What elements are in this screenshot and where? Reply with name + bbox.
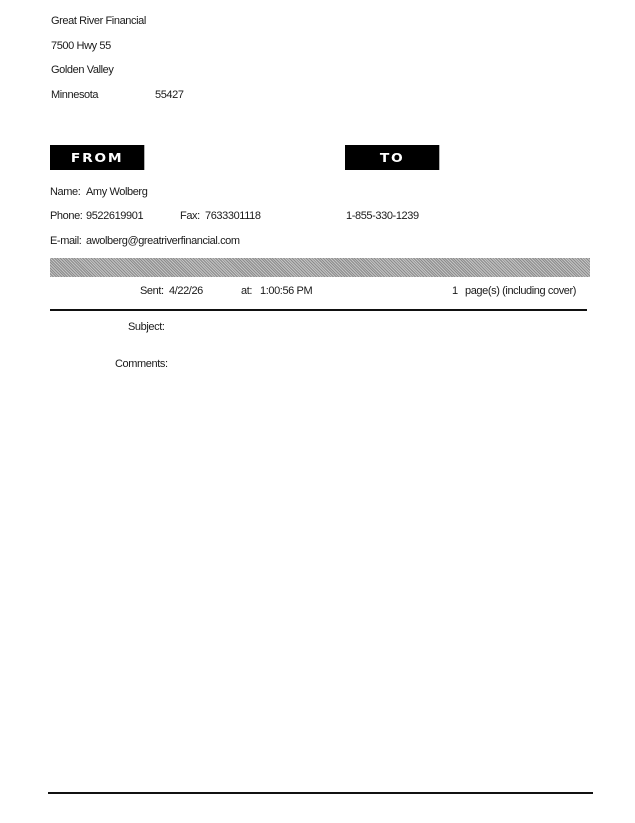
sent-time: 1:00:56 PM <box>260 285 312 298</box>
company-city: Golden Valley <box>51 64 113 77</box>
from-header: FROM <box>50 145 144 170</box>
pages-label: page(s) (including cover) <box>465 285 576 298</box>
from-phone: 9522619901 <box>86 210 143 223</box>
sent-date: 4/22/26 <box>169 285 203 298</box>
comments-label: Comments: <box>115 358 168 371</box>
to-fax-number: 1-855-330-1239 <box>346 210 419 223</box>
company-zip: 55427 <box>155 89 184 102</box>
company-street: 7500 Hwy 55 <box>51 40 111 53</box>
from-fax-label: Fax: <box>180 210 200 223</box>
subject-label: Subject: <box>128 321 165 334</box>
to-header: TO <box>345 145 439 170</box>
sent-label: Sent: <box>140 285 164 298</box>
hatched-divider-band <box>50 258 590 277</box>
bottom-divider <box>48 792 593 794</box>
from-fax: 7633301118 <box>205 210 261 223</box>
top-divider <box>50 309 587 311</box>
company-state: Minnesota <box>51 89 98 102</box>
company-name: Great River Financial <box>51 15 146 28</box>
from-name: Amy Wolberg <box>86 186 147 199</box>
from-email-label: E-mail: <box>50 235 81 248</box>
from-name-label: Name: <box>50 186 80 199</box>
at-label: at: <box>241 285 252 298</box>
page-count: 1 <box>452 285 458 298</box>
from-phone-label: Phone: <box>50 210 82 223</box>
from-email: awolberg@greatriverfinancial.com <box>86 235 240 248</box>
